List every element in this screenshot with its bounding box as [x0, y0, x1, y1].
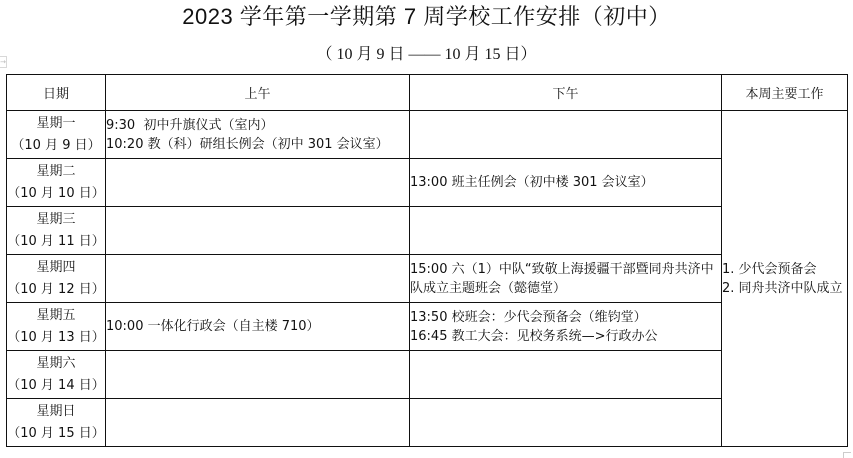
event-item: 10:00 一体化行政会（自主楼 710）	[106, 317, 409, 336]
header-date: 日期	[7, 75, 106, 111]
weekly-work-item: 2. 同舟共济中队成立	[722, 279, 847, 298]
date-cell: 星期日 （10 月 15 日）	[7, 399, 106, 447]
afternoon-cell	[410, 351, 722, 399]
event-item: 16:45 教工大会：见校务系统—>行政办公	[410, 327, 721, 346]
date-label: （10 月 15 日）	[7, 423, 105, 445]
table-row: 星期六 （10 月 14 日）	[7, 351, 848, 399]
date-cell: 星期五 （10 月 13 日）	[7, 303, 106, 351]
date-label: （10 月 10 日）	[7, 183, 105, 205]
afternoon-cell: 13:00 班主任例会（初中楼 301 会议室）	[410, 159, 722, 207]
morning-cell	[106, 159, 410, 207]
weekly-work-item: 1. 少代会预备会	[722, 260, 847, 279]
schedule-table: 日期 上午 下午 本周主要工作 星期一 （10 月 9 日） 9:30 初中升旗…	[6, 74, 848, 447]
table-row: 星期三 （10 月 11 日）	[7, 207, 848, 255]
event-item: 15:00 六（1）中队“致敬上海援疆干部暨同舟共济中队成立主题班会（懿德堂）	[410, 260, 721, 298]
weekday-label: 星期二	[7, 161, 105, 183]
weekday-label: 星期六	[7, 353, 105, 375]
date-cell: 星期一 （10 月 9 日）	[7, 111, 106, 159]
date-cell: 星期六 （10 月 14 日）	[7, 351, 106, 399]
weekday-label: 星期三	[7, 209, 105, 231]
date-cell: 星期三 （10 月 11 日）	[7, 207, 106, 255]
date-label: （10 月 13 日）	[7, 327, 105, 349]
afternoon-cell	[410, 111, 722, 159]
weekday-label: 星期五	[7, 305, 105, 327]
event-item: 9:30 初中升旗仪式（室内）	[106, 116, 409, 135]
date-label: （10 月 12 日）	[7, 279, 105, 301]
morning-cell	[106, 351, 410, 399]
weekday-label: 星期一	[7, 113, 105, 135]
afternoon-cell: 15:00 六（1）中队“致敬上海援疆干部暨同舟共济中队成立主题班会（懿德堂）	[410, 255, 722, 303]
header-row: 日期 上午 下午 本周主要工作	[7, 75, 848, 111]
weekly-work-cell: 1. 少代会预备会 2. 同舟共济中队成立	[722, 111, 848, 447]
afternoon-cell	[410, 399, 722, 447]
table-row: 星期五 （10 月 13 日） 10:00 一体化行政会（自主楼 710） 13…	[7, 303, 848, 351]
weekday-label: 星期日	[7, 401, 105, 423]
event-item: 10:20 教（科）研组长例会（初中 301 会议室）	[106, 135, 409, 154]
document-title: 2023 学年第一学期第 7 周学校工作安排（初中）	[0, 2, 853, 32]
header-afternoon: 下午	[410, 75, 722, 111]
header-morning: 上午	[106, 75, 410, 111]
table-row: 星期日 （10 月 15 日）	[7, 399, 848, 447]
date-cell: 星期四 （10 月 12 日）	[7, 255, 106, 303]
date-label: （10 月 11 日）	[7, 231, 105, 253]
event-item: 13:00 班主任例会（初中楼 301 会议室）	[410, 173, 721, 192]
morning-cell	[106, 399, 410, 447]
header-weekly-work: 本周主要工作	[722, 75, 848, 111]
afternoon-cell: 13:50 校班会：少代会预备会（维钧堂） 16:45 教工大会：见校务系统—>…	[410, 303, 722, 351]
date-label: （10 月 9 日）	[7, 135, 105, 157]
morning-cell	[106, 207, 410, 255]
date-cell: 星期二 （10 月 10 日）	[7, 159, 106, 207]
morning-cell	[106, 255, 410, 303]
document-date-range: （ 10 月 9 日 —— 10 月 15 日）	[0, 43, 853, 67]
table-resize-handle-icon[interactable]	[843, 452, 851, 458]
event-item: 13:50 校班会：少代会预备会（维钧堂）	[410, 308, 721, 327]
date-label: （10 月 14 日）	[7, 375, 105, 397]
weekday-label: 星期四	[7, 257, 105, 279]
morning-cell: 9:30 初中升旗仪式（室内） 10:20 教（科）研组长例会（初中 301 会…	[106, 111, 410, 159]
morning-cell: 10:00 一体化行政会（自主楼 710）	[106, 303, 410, 351]
table-row: 星期一 （10 月 9 日） 9:30 初中升旗仪式（室内） 10:20 教（科…	[7, 111, 848, 159]
afternoon-cell	[410, 207, 722, 255]
table-row: 星期二 （10 月 10 日） 13:00 班主任例会（初中楼 301 会议室）	[7, 159, 848, 207]
